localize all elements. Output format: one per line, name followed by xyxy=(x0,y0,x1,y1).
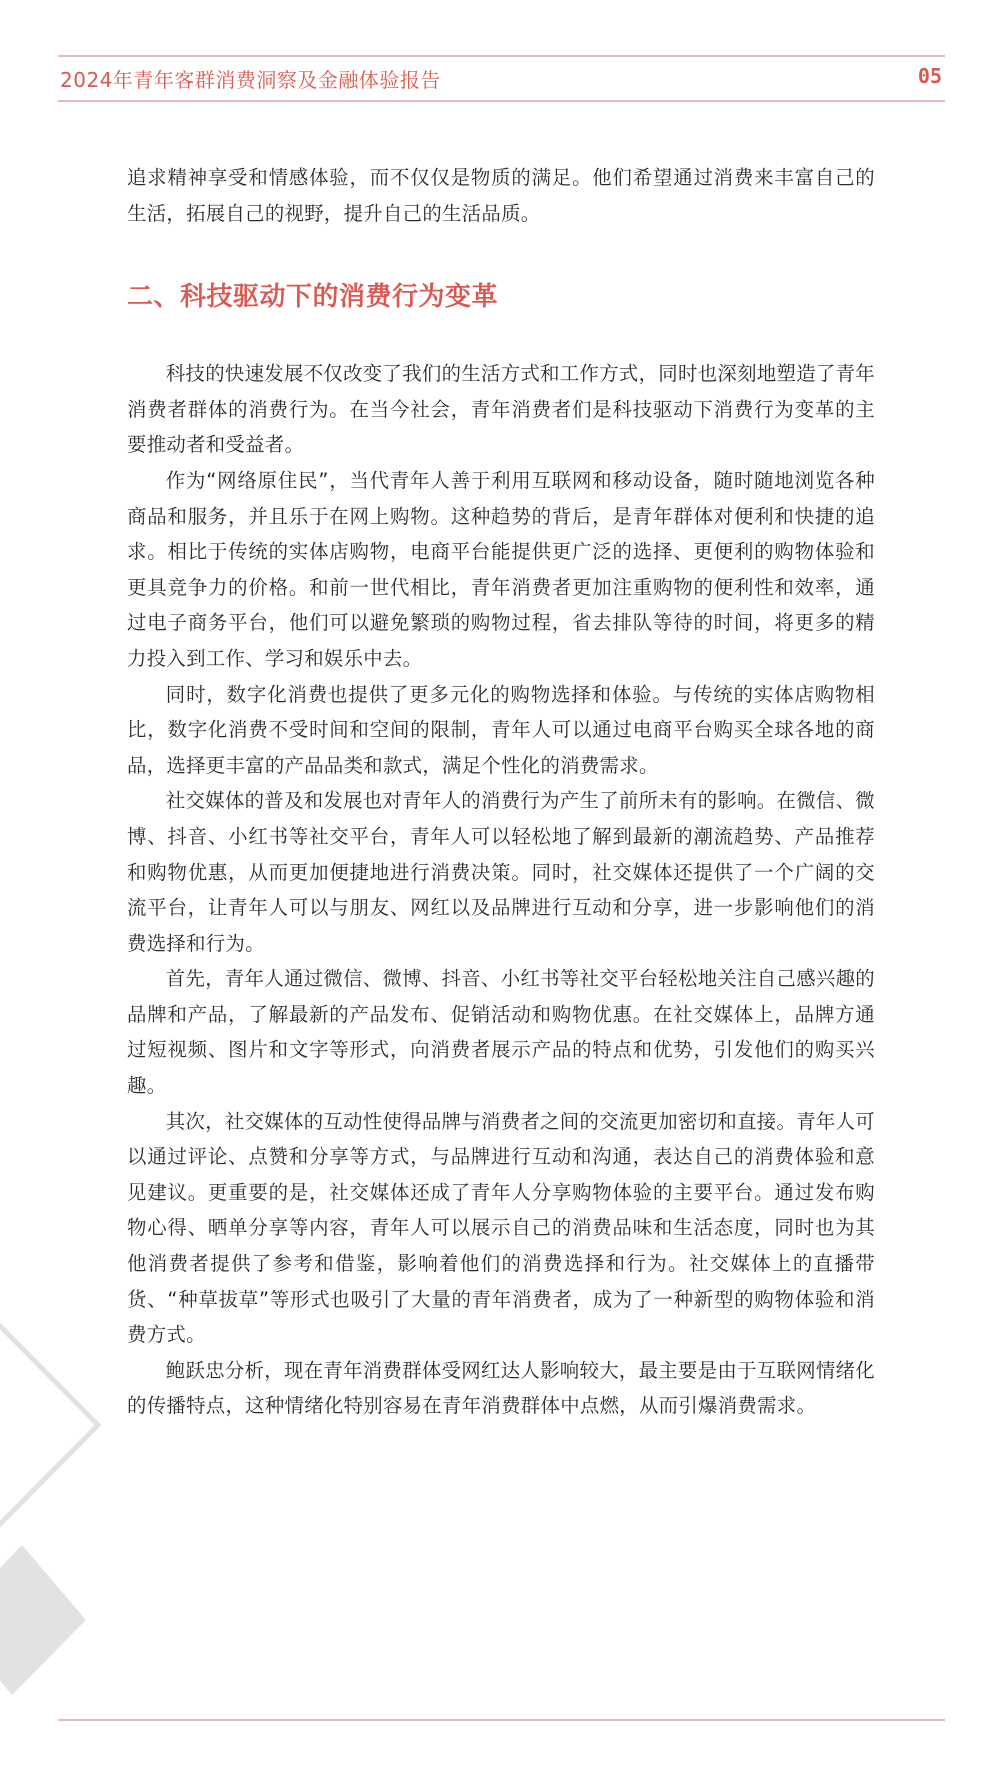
footer-rule xyxy=(58,1719,945,1721)
paragraph: 首先，青年人通过微信、微博、抖音、小红书等社交平台轻松地关注自己感兴趣的品牌和产… xyxy=(127,961,875,1103)
header-top-rule xyxy=(58,55,945,57)
paragraph: 其次，社交媒体的互动性使得品牌与消费者之间的交流更加密切和直接。青年人可以通过评… xyxy=(127,1104,875,1353)
report-title: 2024年青年客群消费洞察及金融体验报告 xyxy=(60,64,441,93)
page-number: 05 xyxy=(918,64,942,88)
paragraph: 科技的快速发展不仅改变了我们的生活方式和工作方式，同时也深刻地塑造了青年消费者群… xyxy=(127,356,875,463)
header-bottom-rule xyxy=(58,100,945,102)
paragraph: 鲍跃忠分析，现在青年消费群体受网红达人影响较大，最主要是由于互联网情绪化的传播特… xyxy=(127,1353,875,1424)
solid-diamond-icon xyxy=(0,1545,100,1695)
section-heading: 二、科技驱动下的消费行为变革 xyxy=(127,279,875,315)
intro-paragraph: 追求精神享受和情感体验，而不仅仅是物质的满足。他们希望通过消费来丰富自己的生活，… xyxy=(127,160,875,231)
paragraph: 同时，数字化消费也提供了更多元化的购物选择和体验。与传统的实体店购物相比，数字化… xyxy=(127,677,875,784)
paragraph: 作为“网络原住民”，当代青年人善于利用互联网和移动设备，随时随地浏览各种商品和服… xyxy=(127,463,875,677)
paragraph: 社交媒体的普及和发展也对青年人的消费行为产生了前所未有的影响。在微信、微博、抖音… xyxy=(127,783,875,961)
page-content: 追求精神享受和情感体验，而不仅仅是物质的满足。他们希望通过消费来丰富自己的生活，… xyxy=(127,160,875,1424)
